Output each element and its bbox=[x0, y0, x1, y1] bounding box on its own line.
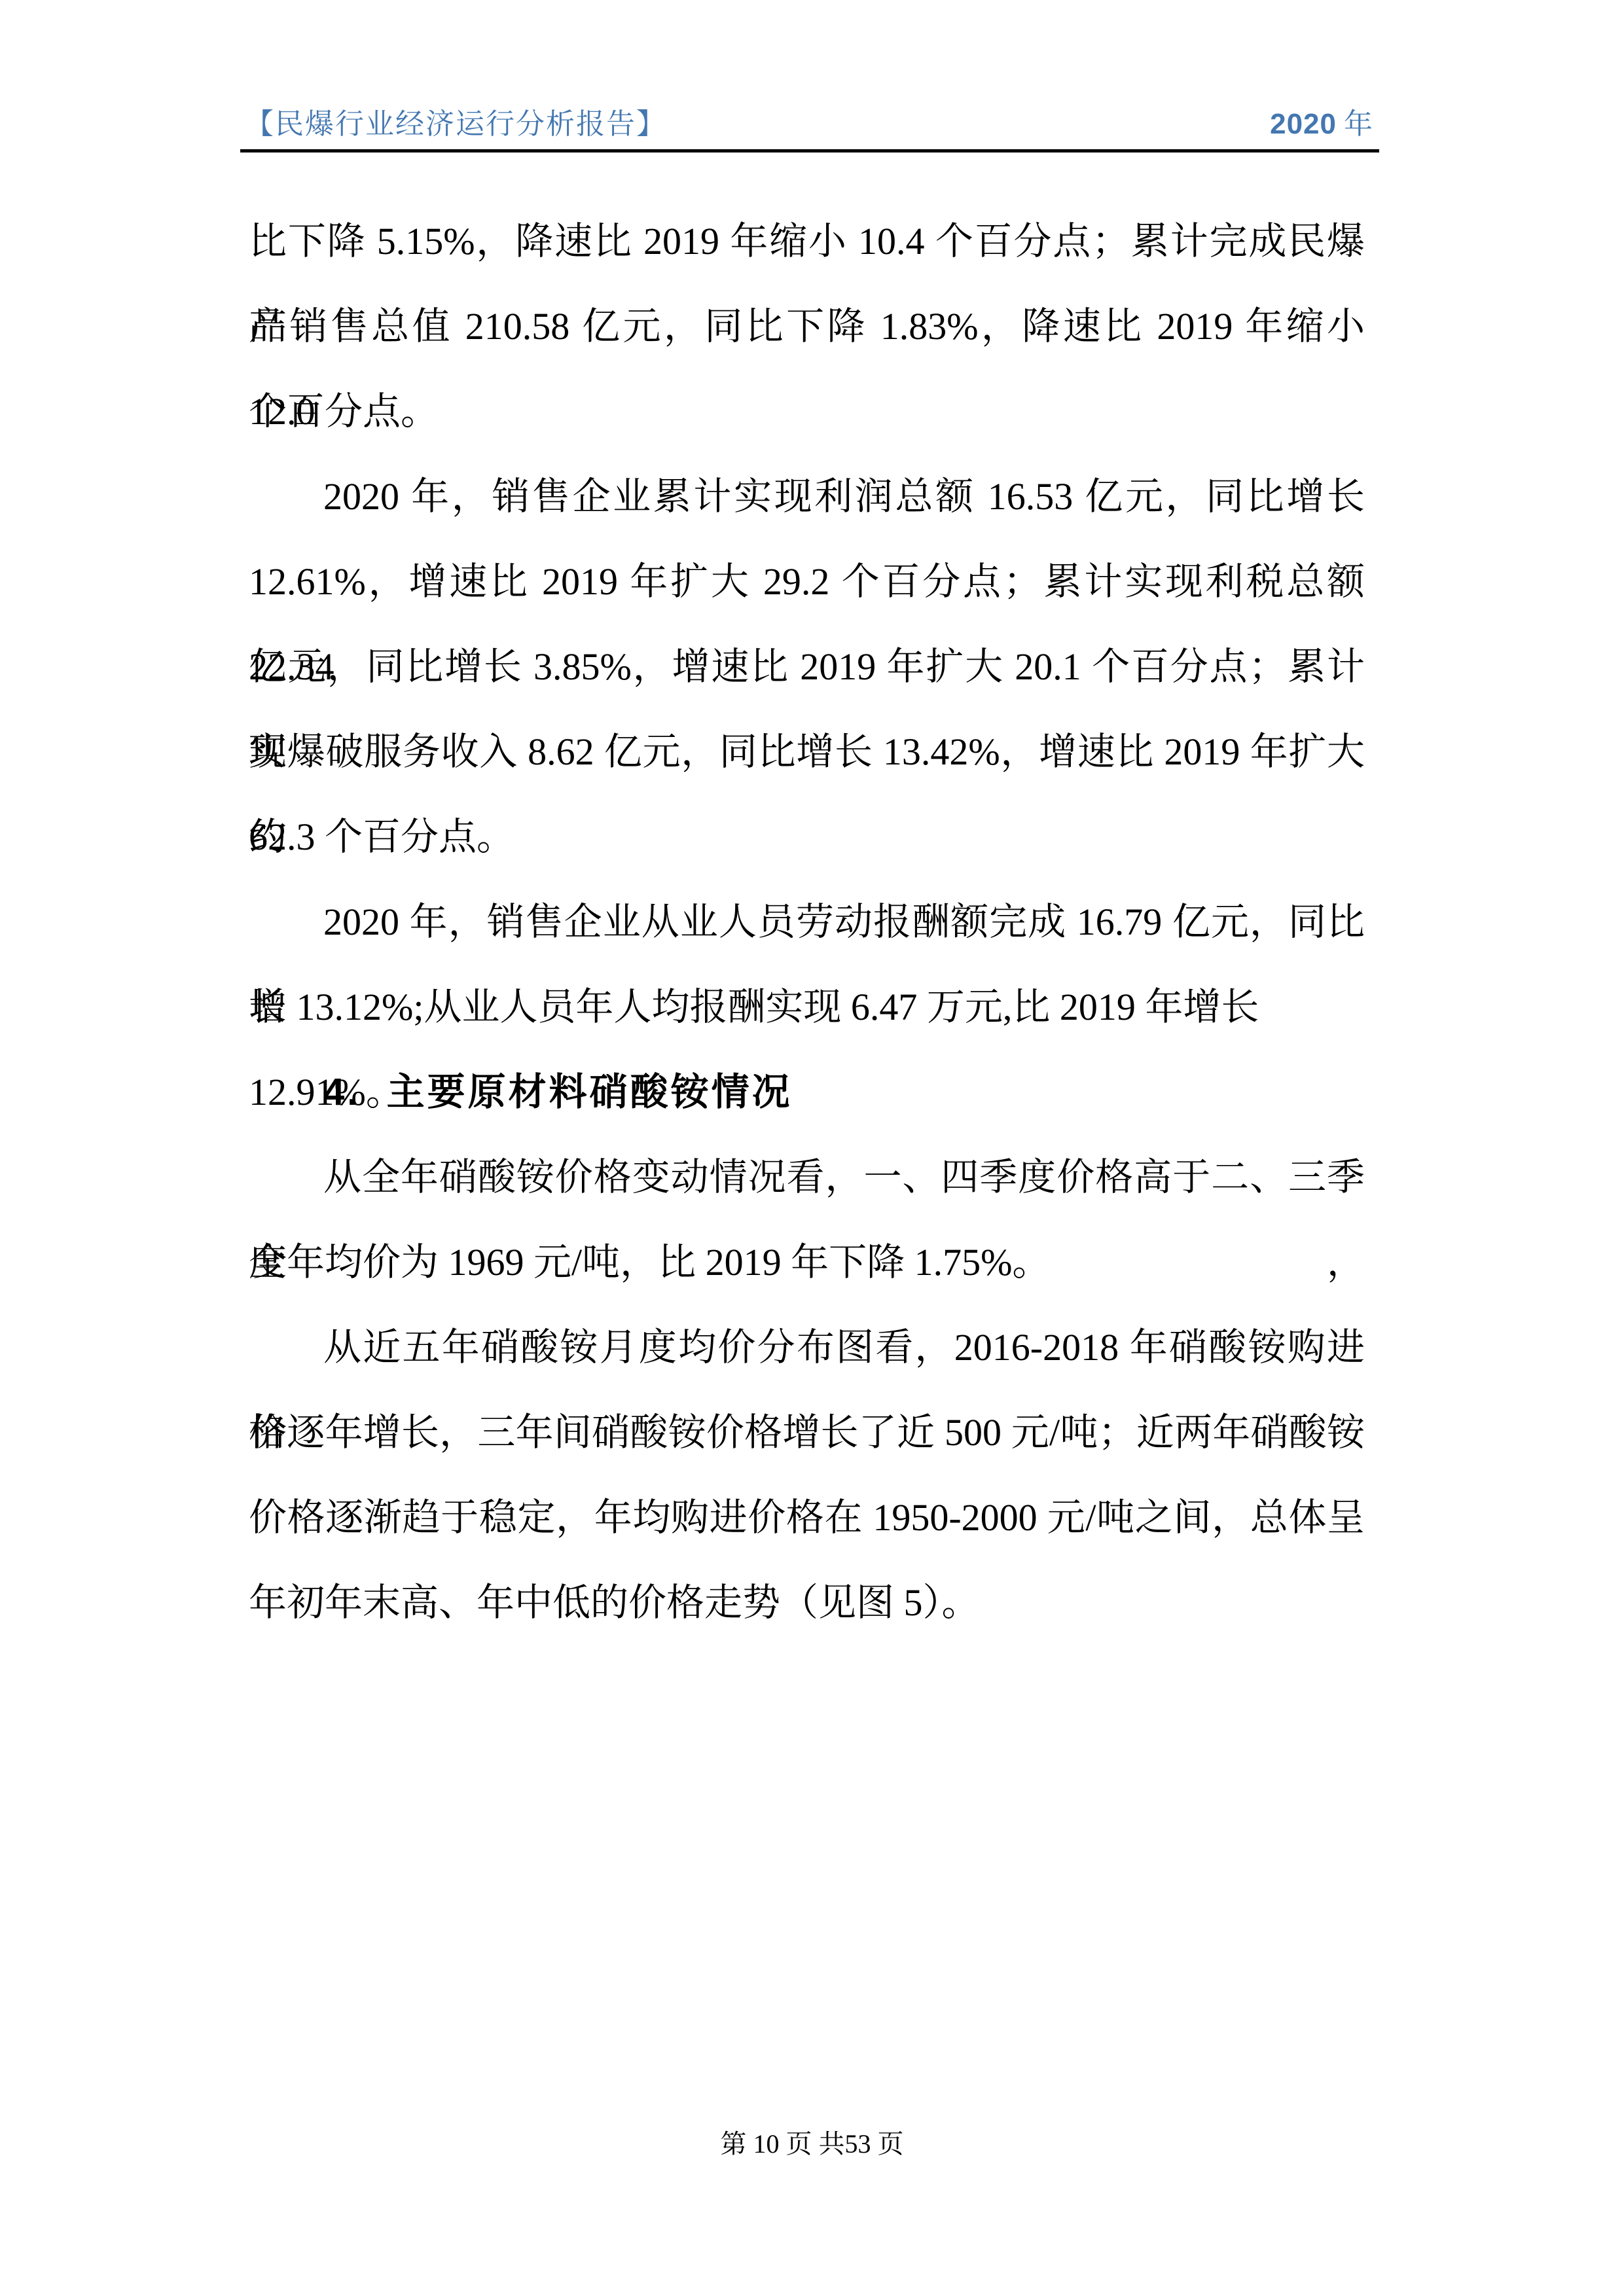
text-line: 从近五年硝酸铵月度均价分布图看，2016-2018 年硝酸铵购进价 bbox=[249, 1305, 1365, 1390]
text-line: 2020 年，销售企业累计实现利润总额 16.53 亿元，同比增长 bbox=[249, 454, 1365, 539]
text-line: 品销售总值 210.58 亿元，同比下降 1.83%，降速比 2019 年缩小 … bbox=[249, 284, 1365, 369]
header-rule bbox=[240, 149, 1379, 152]
year-suffix: 年 bbox=[1344, 108, 1373, 140]
text-line: 从全年硝酸铵价格变动情况看，一、四季度价格高于二、三季度， bbox=[249, 1135, 1365, 1220]
report-title: 【民爆行业经济运行分析报告】 bbox=[245, 110, 666, 139]
section-heading: 4. 主要原材料硝酸铵情况 bbox=[249, 1050, 1365, 1135]
footer-page-number: 第 10 页 共53 页 bbox=[0, 2128, 1624, 2160]
text-line: 2020 年，销售企业从业人员劳动报酬额完成 16.79 亿元，同比增 bbox=[249, 880, 1365, 965]
document-page: 【民爆行业经济运行分析报告】 2020 年 比下降 5.15%，降速比 2019… bbox=[0, 0, 1624, 2296]
text-line: 现爆破服务收入 8.62 亿元，同比增长 13.42%，增速比 2019 年扩大… bbox=[249, 709, 1365, 795]
text-line: 长 13.12%;从业人员年人均报酬实现 6.47 万元,比 2019 年增长 … bbox=[249, 965, 1365, 1050]
text-line: 亿元，同比增长 3.85%，增速比 2019 年扩大 20.1 个百分点；累计实 bbox=[249, 624, 1365, 709]
year-number: 2020 bbox=[1270, 108, 1337, 140]
text-line: 个百分点。 bbox=[249, 369, 1365, 454]
text-line: 12.61%，增速比 2019 年扩大 29.2 个百分点；累计实现利税总额 2… bbox=[249, 539, 1365, 624]
year-label: 2020 年 bbox=[1270, 110, 1373, 139]
body-text: 比下降 5.15%，降速比 2019 年缩小 10.4 个百分点；累计完成民爆产… bbox=[249, 199, 1365, 1645]
text-line: 比下降 5.15%，降速比 2019 年缩小 10.4 个百分点；累计完成民爆产 bbox=[249, 199, 1365, 284]
text-line: 年初年末高、年中低的价格走势（见图 5）。 bbox=[249, 1560, 1365, 1645]
text-line: 价格逐渐趋于稳定，年均购进价格在 1950-2000 元/吨之间，总体呈 bbox=[249, 1475, 1365, 1560]
text-line: 格逐年增长，三年间硝酸铵价格增长了近 500 元/吨；近两年硝酸铵 bbox=[249, 1390, 1365, 1475]
text-line: 62.3 个百分点。 bbox=[249, 795, 1365, 880]
